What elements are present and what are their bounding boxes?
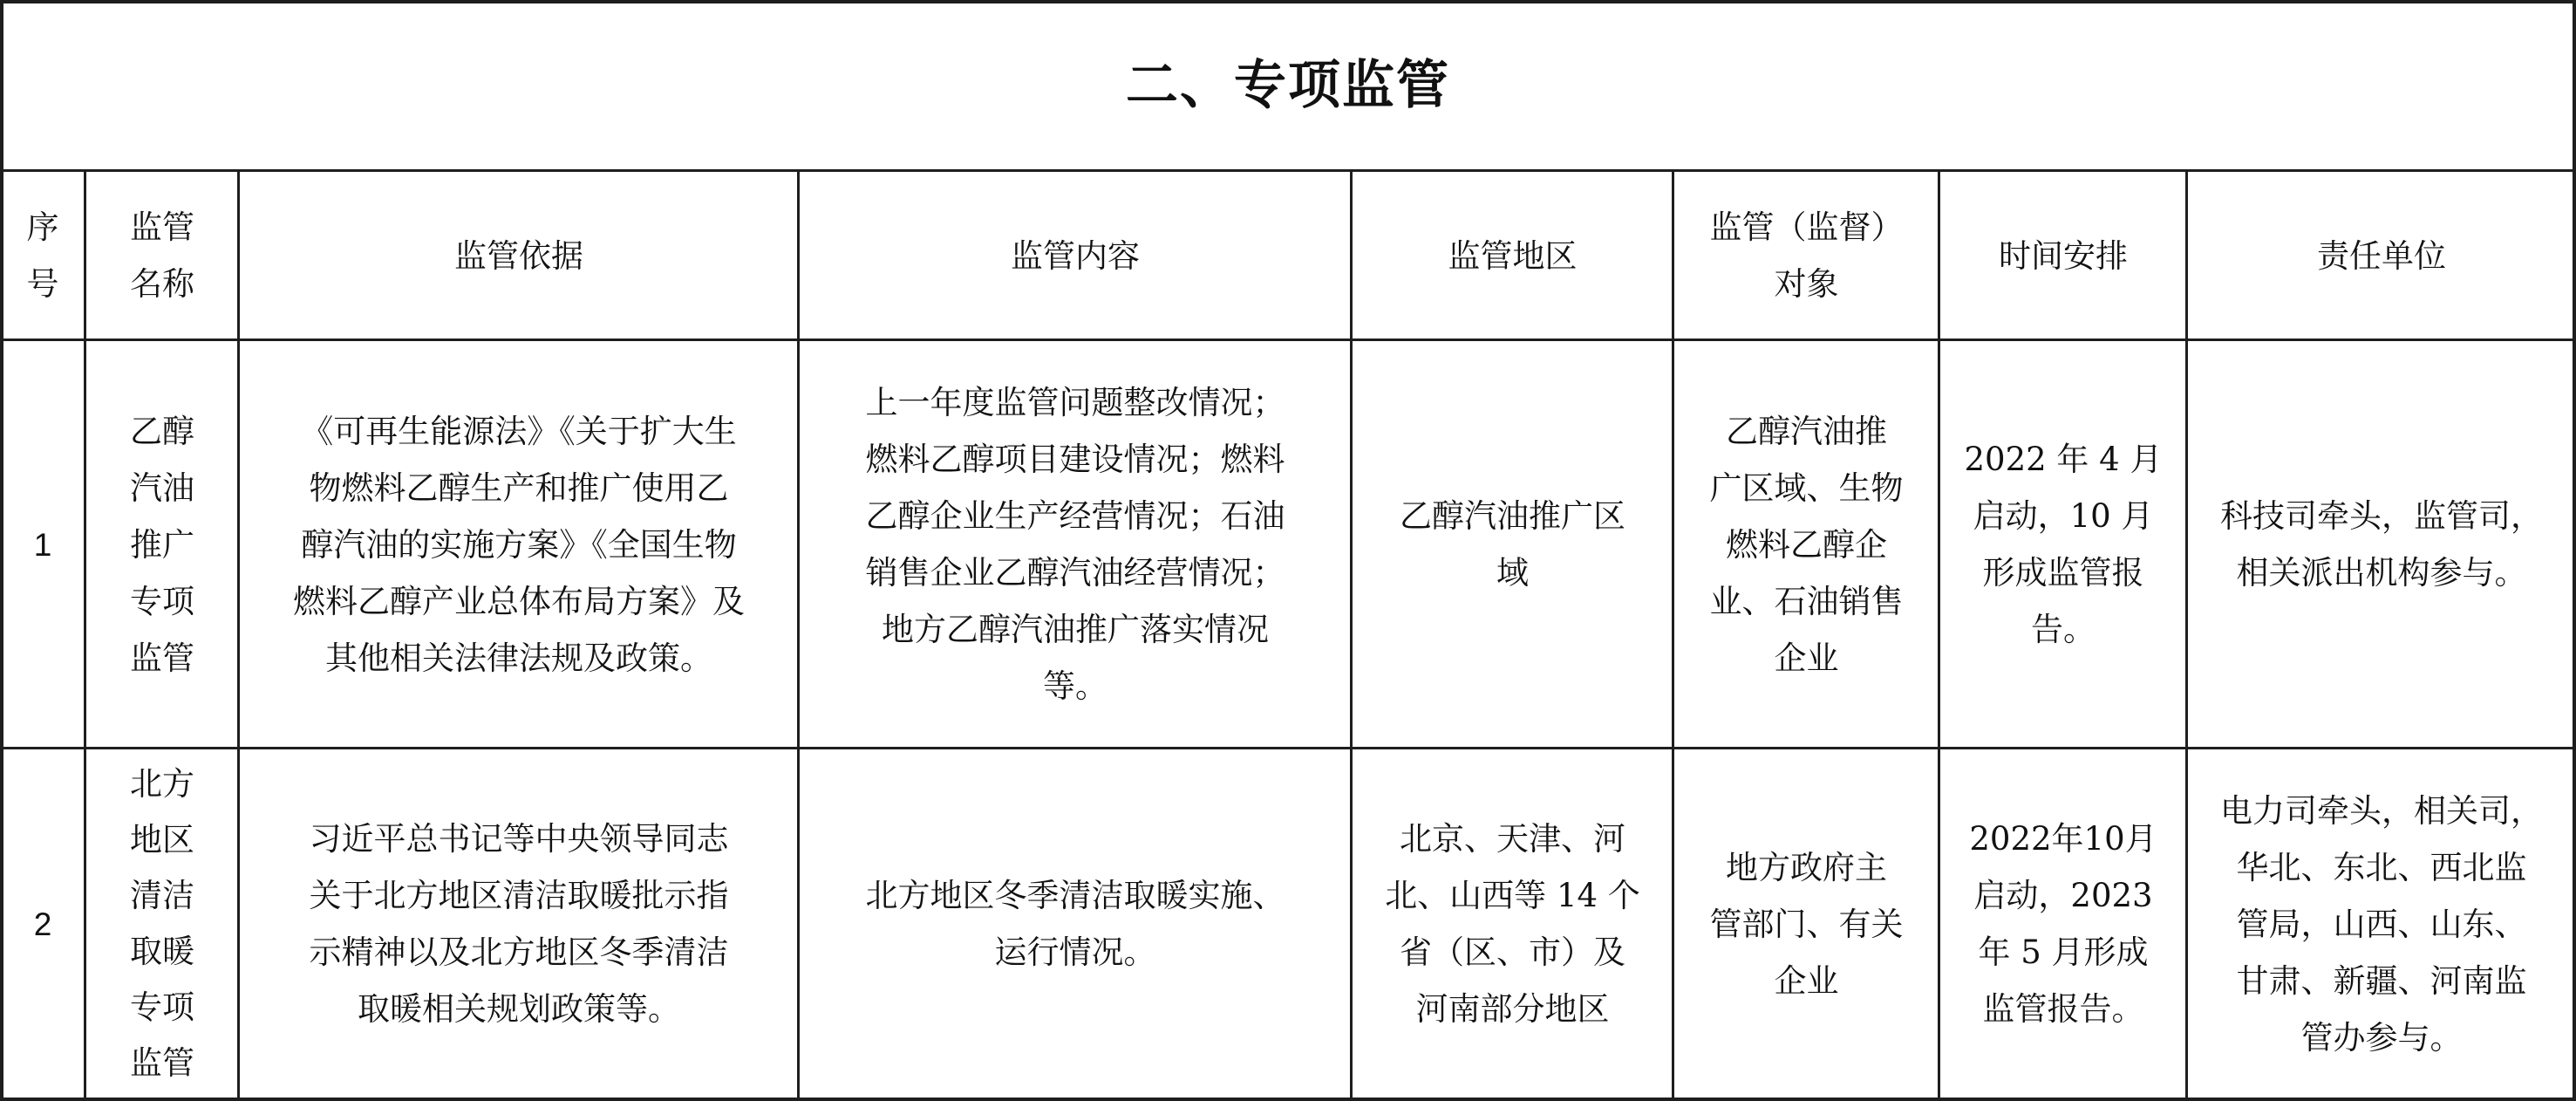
header-responsible: 责任单位 <box>2187 171 2576 340</box>
header-index: 序 号 <box>0 171 85 340</box>
row-2-index: 2 <box>0 749 85 1099</box>
col-divider-7 <box>2185 169 2188 1099</box>
row-1-name: 乙醇 汽油 推广 专项 监管 <box>85 340 239 749</box>
col-divider-2 <box>237 169 240 1099</box>
row-divider-1 <box>0 747 2576 749</box>
col-divider-5 <box>1672 169 1674 1099</box>
header-schedule: 时间安排 <box>1939 171 2187 340</box>
header-region: 监管地区 <box>1352 171 1673 340</box>
header-basis: 监管依据 <box>239 171 799 340</box>
table-title: 二、专项监管 <box>0 0 2576 171</box>
header-name: 监管 名称 <box>85 171 239 340</box>
row-2-name: 北方 地区 清洁 取暖 专项 监管 <box>85 749 239 1099</box>
row-1-responsible: 科技司牵头，监管司， 相关派出机构参与。 <box>2187 340 2576 749</box>
header-target: 监管（监督） 对象 <box>1673 171 1939 340</box>
row-1-schedule: 2022 年 4 月 启动，10 月 形成监管报 告。 <box>1939 340 2187 749</box>
row-divider-header <box>0 339 2576 341</box>
row-1-target: 乙醇汽油推 广区域、生物 燃料乙醇企 业、石油销售 企业 <box>1673 340 1939 749</box>
col-divider-3 <box>797 169 800 1099</box>
row-1-index: 1 <box>0 340 85 749</box>
row-1-basis: 《可再生能源法》《关于扩大生 物燃料乙醇生产和推广使用乙 醇汽油的实施方案》《全… <box>239 340 799 749</box>
row-2-schedule: 2022年10月 启动，2023 年 5 月形成 监管报告。 <box>1939 749 2187 1099</box>
row-2-region: 北京、天津、河 北、山西等 14 个 省（区、市）及 河南部分地区 <box>1352 749 1673 1099</box>
col-divider-6 <box>1938 169 1940 1099</box>
table-border-right <box>2573 0 2576 1101</box>
table-border-top <box>0 0 2576 3</box>
special-supervision-table: 二、专项监管 序 号 监管 名称 监管依据 监管内容 监管地区 监管（监督） 对… <box>0 0 2576 1101</box>
row-2-basis: 习近平总书记等中央领导同志 关于北方地区清洁取暖批示指 示精神以及北方地区冬季清… <box>239 749 799 1099</box>
row-divider-title <box>0 169 2576 172</box>
table-border-left <box>0 0 3 1101</box>
row-1-region: 乙醇汽油推广区 域 <box>1352 340 1673 749</box>
col-divider-4 <box>1350 169 1353 1099</box>
row-2-target: 地方政府主 管部门、有关 企业 <box>1673 749 1939 1099</box>
table-border-bottom <box>0 1098 2576 1101</box>
row-2-responsible: 电力司牵头，相关司， 华北、东北、西北监 管局，山西、山东、 甘肃、新疆、河南监… <box>2187 749 2576 1099</box>
row-2-content: 北方地区冬季清洁取暖实施、 运行情况。 <box>799 749 1352 1099</box>
header-content: 监管内容 <box>799 171 1352 340</box>
row-1-content: 上一年度监管问题整改情况； 燃料乙醇项目建设情况；燃料 乙醇企业生产经营情况；石… <box>799 340 1352 749</box>
col-divider-1 <box>84 169 86 1099</box>
